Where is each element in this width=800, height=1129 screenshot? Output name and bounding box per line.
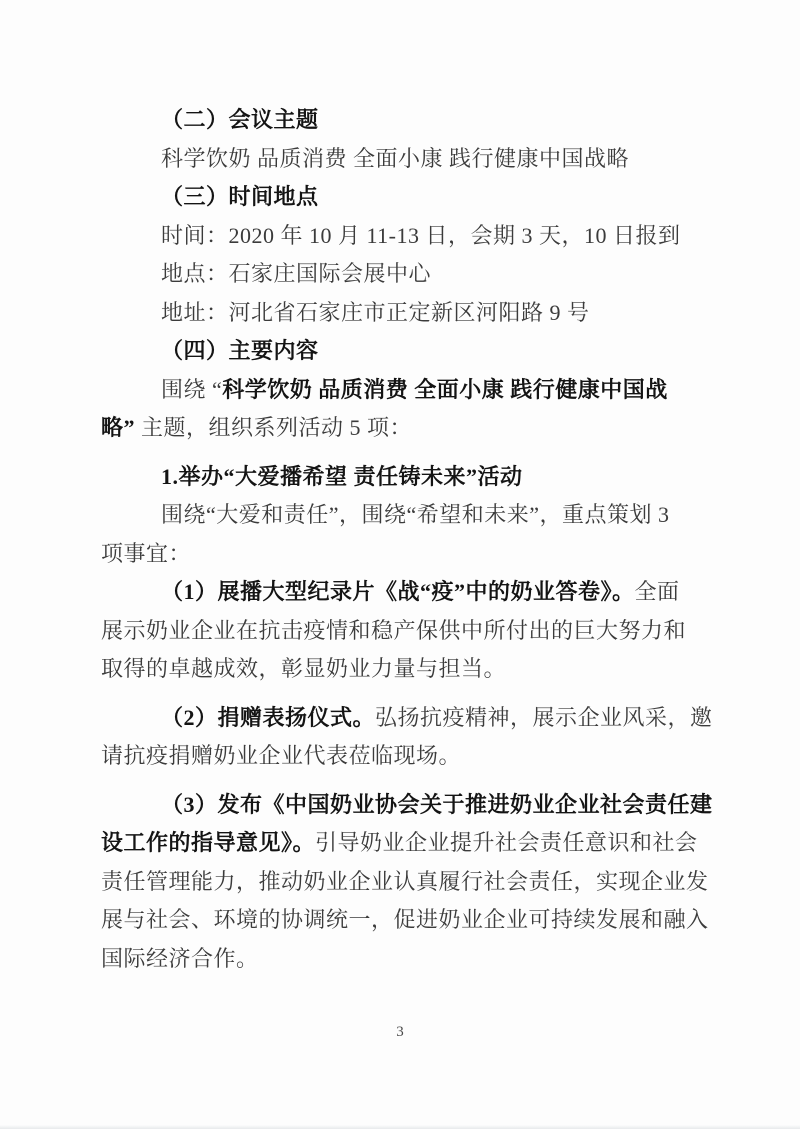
text-line: 地点：石家庄国际会展中心: [101, 255, 697, 294]
text-segment: 地点：石家庄国际会展中心: [161, 261, 431, 286]
text-segment: 展与社会、环境的协调统一，促进奶业企业可持续发展和融入: [101, 907, 709, 932]
text-segment: 主题，组织系列活动 5 项：: [135, 415, 412, 440]
text-line: 时间：2020 年 10 月 11-13 日，会期 3 天，10 日报到: [101, 217, 697, 256]
text-line: 围绕 “科学饮奶 品质消费 全面小康 践行健康中国战: [101, 371, 697, 410]
text-segment: 展示奶业企业在抗击疫情和稳产保供中所付出的巨大努力和: [101, 618, 686, 643]
bold-text-segment: （三）时间地点: [161, 184, 319, 209]
text-line: 展示奶业企业在抗击疫情和稳产保供中所付出的巨大努力和: [101, 612, 697, 651]
text-segment: 全面: [635, 579, 680, 604]
bold-text-segment: （3）发布《中国奶业协会关于推进奶业企业社会责任建: [161, 792, 713, 817]
text-line: 1.举办“大爱播希望 责任铸未来”活动: [101, 458, 697, 497]
text-line: 国际经济合作。: [101, 940, 697, 979]
text-line: 责任管理能力，推动奶业企业认真履行社会责任，实现企业发: [101, 863, 697, 902]
text-segment: 围绕“大爱和责任”，围绕“希望和未来”，重点策划 3: [161, 502, 670, 527]
text-line: 科学饮奶 品质消费 全面小康 践行健康中国战略: [101, 140, 697, 179]
text-line: （四）主要内容: [101, 332, 697, 371]
text-segment: 责任管理能力，推动奶业企业认真履行社会责任，实现企业发: [101, 869, 709, 894]
text-line: （2）捐赠表扬仪式。弘扬抗疫精神，展示企业风采，邀: [101, 699, 697, 738]
document-page: （二）会议主题科学饮奶 品质消费 全面小康 践行健康中国战略（三）时间地点时间：…: [0, 0, 800, 1129]
bold-text-segment: 1.举办“大爱播希望 责任铸未来”活动: [161, 464, 523, 489]
scan-edge: [0, 1125, 800, 1129]
page-number: 3: [0, 1022, 800, 1042]
text-segment: 引导奶业企业提升社会责任意识和社会: [315, 830, 698, 855]
bold-text-segment: 科学饮奶 品质消费 全面小康 践行健康中国战: [222, 377, 668, 402]
text-line: 围绕“大爱和责任”，围绕“希望和未来”，重点策划 3: [101, 496, 697, 535]
text-segment: 弘扬抗疫精神，展示企业风采，邀: [375, 705, 713, 730]
text-segment: 请抗疫捐赠奶业企业代表莅临现场。: [101, 743, 461, 768]
text-line: 略” 主题，组织系列活动 5 项：: [101, 409, 697, 448]
bold-text-segment: （1）展播大型纪录片《战“疫”中的奶业答卷》。: [161, 579, 635, 604]
text-line: （1）展播大型纪录片《战“疫”中的奶业答卷》。全面: [101, 573, 697, 612]
text-segment: 地址：河北省石家庄市正定新区河阳路 9 号: [161, 300, 590, 325]
text-line: 地址：河北省石家庄市正定新区河阳路 9 号: [101, 294, 697, 333]
bold-text-segment: （二）会议主题: [161, 107, 319, 132]
text-segment: 项事宜：: [101, 541, 191, 566]
text-line: （二）会议主题: [101, 101, 697, 140]
text-segment: 时间：2020 年 10 月 11-13 日，会期 3 天，10 日报到: [161, 223, 681, 248]
text-line: 项事宜：: [101, 535, 697, 574]
text-line: 请抗疫捐赠奶业企业代表莅临现场。: [101, 737, 697, 776]
bold-text-segment: 略”: [101, 415, 135, 440]
bold-text-segment: 设工作的指导意见》。: [101, 830, 315, 855]
bold-text-segment: （2）捐赠表扬仪式。: [161, 705, 375, 730]
text-block: （二）会议主题科学饮奶 品质消费 全面小康 践行健康中国战略（三）时间地点时间：…: [101, 101, 697, 978]
text-segment: 围绕 “: [161, 377, 222, 402]
text-line: 取得的卓越成效，彰显奶业力量与担当。: [101, 650, 697, 689]
text-line: （3）发布《中国奶业协会关于推进奶业企业社会责任建: [101, 786, 697, 825]
text-segment: 取得的卓越成效，彰显奶业力量与担当。: [101, 656, 506, 681]
text-segment: 国际经济合作。: [101, 946, 259, 971]
bold-text-segment: （四）主要内容: [161, 338, 319, 363]
text-line: 设工作的指导意见》。引导奶业企业提升社会责任意识和社会: [101, 824, 697, 863]
text-line: （三）时间地点: [101, 178, 697, 217]
text-segment: 科学饮奶 品质消费 全面小康 践行健康中国战略: [161, 146, 629, 171]
text-line: 展与社会、环境的协调统一，促进奶业企业可持续发展和融入: [101, 901, 697, 940]
